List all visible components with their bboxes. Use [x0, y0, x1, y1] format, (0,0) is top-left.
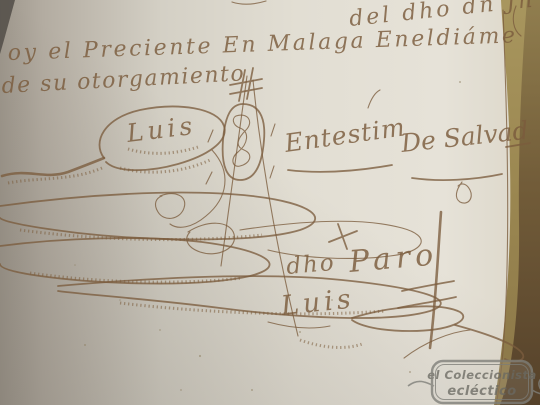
- manuscript-photo: del dho dn Jn oy el Preciente En Malaga …: [0, 0, 540, 405]
- word-dho: dho: [285, 250, 336, 280]
- watermark-text-line2: ecléctico: [447, 384, 516, 399]
- manuscript-canvas: del dho dn Jn oy el Preciente En Malaga …: [0, 0, 540, 405]
- watermark-text-line1: el Coleccionista: [427, 368, 537, 382]
